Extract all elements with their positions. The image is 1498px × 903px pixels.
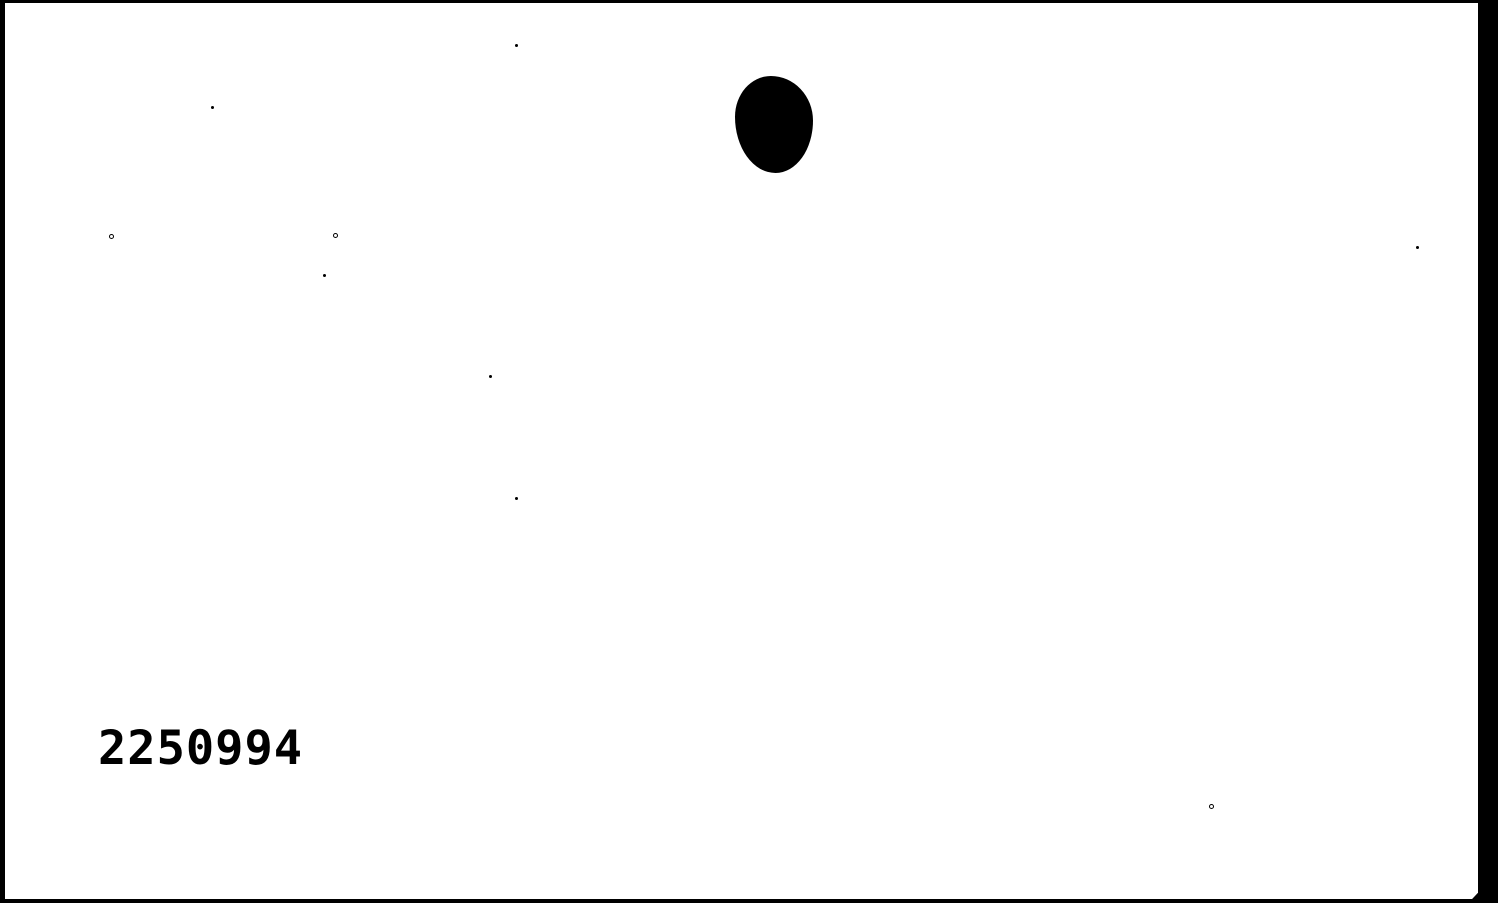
dust-speck <box>515 44 518 47</box>
dust-speck <box>323 274 326 277</box>
card-number: 2250994 <box>98 725 303 772</box>
punched-hole <box>735 76 813 173</box>
dust-speck <box>1416 246 1419 249</box>
dust-speck <box>515 497 518 500</box>
dust-speck <box>1209 804 1214 809</box>
dust-speck <box>333 233 338 238</box>
scanned-card: 2250994 <box>5 3 1478 899</box>
dust-speck <box>211 106 214 109</box>
dust-speck <box>109 234 114 239</box>
dust-speck <box>489 375 492 378</box>
